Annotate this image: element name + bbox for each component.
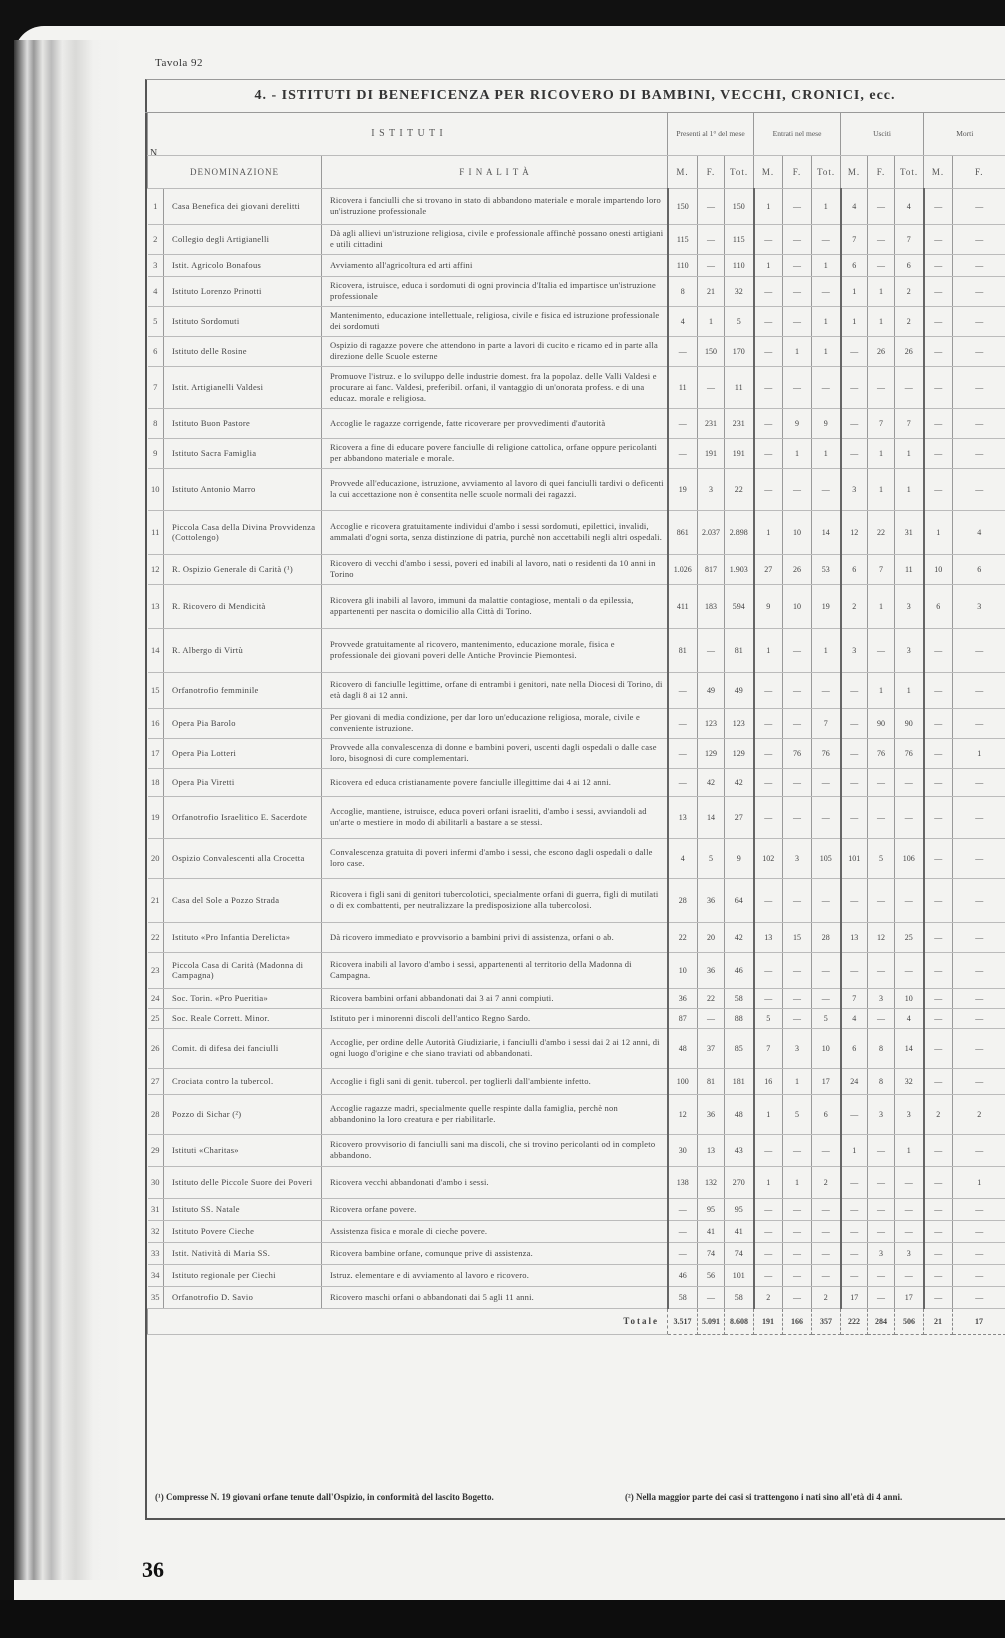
- count-cell: —: [698, 224, 725, 254]
- count-cell: —: [924, 1264, 953, 1286]
- count-cell: 1: [868, 672, 895, 708]
- institute-name: Orfanotrofio D. Savio: [164, 1286, 322, 1308]
- institute-name: Istituti «Charitas»: [164, 1134, 322, 1166]
- count-cell: 1: [841, 1134, 868, 1166]
- count-cell: —: [953, 1028, 1005, 1068]
- count-cell: 1.903: [725, 554, 754, 584]
- count-cell: 36: [698, 1094, 725, 1134]
- institute-name: Opera Pia Barolo: [164, 708, 322, 738]
- count-cell: 26: [868, 336, 895, 366]
- count-cell: 5: [754, 1008, 783, 1028]
- count-cell: —: [924, 672, 953, 708]
- institute-purpose: Provvede gratuitamente al ricovero, mant…: [322, 628, 668, 672]
- institute-name: Soc. Reale Corrett. Minor.: [164, 1008, 322, 1028]
- count-cell: —: [841, 738, 868, 768]
- table-row: 22Istituto «Pro Infantia Derelicta»Dà ri…: [148, 922, 1005, 952]
- count-cell: 48: [668, 1028, 698, 1068]
- count-cell: —: [812, 1242, 841, 1264]
- count-cell: 43: [725, 1134, 754, 1166]
- count-cell: 21: [698, 276, 725, 306]
- count-cell: 150: [668, 188, 698, 224]
- count-cell: —: [868, 796, 895, 838]
- institute-name: Istituto regionale per Ciechi: [164, 1264, 322, 1286]
- count-cell: 32: [895, 1068, 924, 1094]
- count-cell: 2.898: [725, 510, 754, 554]
- institute-purpose: Ricovera bambini orfani abbandonati dai …: [322, 988, 668, 1008]
- institute-purpose: Provvede all'educazione, istruzione, avv…: [322, 468, 668, 510]
- count-cell: 4: [953, 510, 1005, 554]
- count-cell: —: [953, 1264, 1005, 1286]
- count-cell: —: [895, 878, 924, 922]
- count-cell: —: [668, 768, 698, 796]
- count-cell: —: [924, 276, 953, 306]
- count-cell: —: [754, 878, 783, 922]
- table-row: 25Soc. Reale Corrett. Minor.Istituto per…: [148, 1008, 1005, 1028]
- count-cell: —: [953, 708, 1005, 738]
- count-cell: —: [895, 768, 924, 796]
- count-cell: 36: [668, 988, 698, 1008]
- count-cell: —: [953, 1134, 1005, 1166]
- count-cell: —: [841, 1220, 868, 1242]
- count-cell: 2: [895, 276, 924, 306]
- count-cell: 19: [812, 584, 841, 628]
- count-cell: 411: [668, 584, 698, 628]
- count-cell: —: [698, 628, 725, 672]
- total-value: 21: [924, 1308, 953, 1334]
- institute-purpose: Accoglie e ricovera gratuitamente indivi…: [322, 510, 668, 554]
- count-cell: 123: [725, 708, 754, 738]
- count-cell: 1: [812, 254, 841, 276]
- row-number: 33: [148, 1242, 164, 1264]
- count-cell: —: [868, 224, 895, 254]
- institute-name: Collegio degli Artigianelli: [164, 224, 322, 254]
- count-cell: —: [841, 672, 868, 708]
- table-row: 30Istituto delle Piccole Suore dei Pover…: [148, 1166, 1005, 1198]
- count-cell: 74: [725, 1242, 754, 1264]
- institute-purpose: Accoglie, mantiene, istruisce, educa pov…: [322, 796, 668, 838]
- count-cell: —: [783, 306, 812, 336]
- count-cell: —: [812, 952, 841, 988]
- institute-purpose: Ricovero maschi orfani o abbandonati dai…: [322, 1286, 668, 1308]
- institutes-table: I S T I T U T I Presenti al 1° del mese …: [147, 113, 1005, 1335]
- count-cell: 1: [841, 276, 868, 306]
- count-cell: —: [783, 1008, 812, 1028]
- count-cell: 22: [868, 510, 895, 554]
- institute-purpose: Ricovera a fine di educare povere fanciu…: [322, 438, 668, 468]
- institute-purpose: Ricovera, istruisce, educa i sordomuti d…: [322, 276, 668, 306]
- count-cell: —: [924, 988, 953, 1008]
- header-sub: Tot.: [812, 155, 841, 188]
- count-cell: 88: [725, 1008, 754, 1028]
- count-cell: —: [953, 276, 1005, 306]
- table-row: 13R. Ricovero di MendicitàRicovera gli i…: [148, 584, 1005, 628]
- count-cell: —: [895, 952, 924, 988]
- count-cell: 27: [725, 796, 754, 838]
- count-cell: —: [783, 1220, 812, 1242]
- count-cell: 1: [812, 628, 841, 672]
- count-cell: —: [868, 1286, 895, 1308]
- table-row: 2Collegio degli ArtigianelliDà agli alli…: [148, 224, 1005, 254]
- count-cell: —: [953, 1220, 1005, 1242]
- header-sub: Tot.: [895, 155, 924, 188]
- count-cell: 1: [841, 306, 868, 336]
- count-cell: 81: [698, 1068, 725, 1094]
- count-cell: 8: [868, 1028, 895, 1068]
- count-cell: —: [841, 336, 868, 366]
- row-number: 10: [148, 468, 164, 510]
- count-cell: 110: [725, 254, 754, 276]
- count-cell: 46: [668, 1264, 698, 1286]
- count-cell: 191: [725, 438, 754, 468]
- count-cell: 3: [698, 468, 725, 510]
- count-cell: 76: [812, 738, 841, 768]
- count-cell: 4: [841, 188, 868, 224]
- institute-name: Crociata contro la tubercol.: [164, 1068, 322, 1094]
- count-cell: —: [953, 254, 1005, 276]
- count-cell: 9: [725, 838, 754, 878]
- count-cell: 3: [783, 838, 812, 878]
- table-row: 35Orfanotrofio D. SavioRicovero maschi o…: [148, 1286, 1005, 1308]
- institute-name: Orfanotrofio femminile: [164, 672, 322, 708]
- header-sub: M.: [924, 155, 953, 188]
- count-cell: —: [868, 188, 895, 224]
- institute-name: Istituto Sacra Famiglia: [164, 438, 322, 468]
- count-cell: —: [754, 1242, 783, 1264]
- count-cell: 1: [754, 1094, 783, 1134]
- count-cell: —: [668, 336, 698, 366]
- row-number: 9: [148, 438, 164, 468]
- count-cell: 2: [924, 1094, 953, 1134]
- count-cell: 1: [895, 1134, 924, 1166]
- institute-name: Istituto «Pro Infantia Derelicta»: [164, 922, 322, 952]
- count-cell: —: [783, 1264, 812, 1286]
- count-cell: 8: [668, 276, 698, 306]
- institute-purpose: Ricovera ed educa cristianamente povere …: [322, 768, 668, 796]
- count-cell: —: [841, 878, 868, 922]
- institute-purpose: Ricovero di fanciulle legittime, orfane …: [322, 672, 668, 708]
- count-cell: 49: [698, 672, 725, 708]
- institute-purpose: Accoglie le ragazze corrigende, fatte ri…: [322, 408, 668, 438]
- count-cell: —: [668, 1220, 698, 1242]
- institute-name: Ospizio Convalescenti alla Crocetta: [164, 838, 322, 878]
- row-number: 8: [148, 408, 164, 438]
- count-cell: —: [698, 188, 725, 224]
- table-row: 18Opera Pia VirettiRicovera ed educa cri…: [148, 768, 1005, 796]
- count-cell: 13: [668, 796, 698, 838]
- institute-purpose: Ricovera i fanciulli che si trovano in s…: [322, 188, 668, 224]
- count-cell: 2: [953, 1094, 1005, 1134]
- count-cell: —: [953, 878, 1005, 922]
- count-cell: —: [841, 1242, 868, 1264]
- table-row: 29Istituti «Charitas»Ricovero provvisori…: [148, 1134, 1005, 1166]
- count-cell: 105: [812, 838, 841, 878]
- count-cell: 81: [725, 628, 754, 672]
- count-cell: 1: [754, 1166, 783, 1198]
- count-cell: 11: [668, 366, 698, 408]
- count-cell: 14: [895, 1028, 924, 1068]
- count-cell: —: [754, 468, 783, 510]
- count-cell: 64: [725, 878, 754, 922]
- count-cell: —: [841, 438, 868, 468]
- table-row: 24Soc. Torin. «Pro Pueritia»Ricovera bam…: [148, 988, 1005, 1008]
- institute-purpose: Istituto per i minorenni discoli dell'an…: [322, 1008, 668, 1028]
- count-cell: —: [812, 672, 841, 708]
- count-cell: —: [783, 708, 812, 738]
- count-cell: 6: [953, 554, 1005, 584]
- count-cell: —: [953, 768, 1005, 796]
- count-cell: —: [841, 952, 868, 988]
- count-cell: 150: [725, 188, 754, 224]
- institute-purpose: Ricovera bambine orfane, comunque prive …: [322, 1242, 668, 1264]
- count-cell: 4: [895, 188, 924, 224]
- count-cell: —: [668, 672, 698, 708]
- count-cell: —: [953, 1068, 1005, 1094]
- count-cell: —: [783, 628, 812, 672]
- count-cell: —: [924, 952, 953, 988]
- row-number: 14: [148, 628, 164, 672]
- count-cell: 861: [668, 510, 698, 554]
- count-cell: —: [868, 1134, 895, 1166]
- count-cell: 13: [698, 1134, 725, 1166]
- count-cell: —: [783, 224, 812, 254]
- count-cell: —: [812, 1220, 841, 1242]
- count-cell: —: [783, 768, 812, 796]
- count-cell: 37: [698, 1028, 725, 1068]
- count-cell: 16: [754, 1068, 783, 1094]
- institute-purpose: Accoglie, per ordine delle Autorità Giud…: [322, 1028, 668, 1068]
- count-cell: 76: [895, 738, 924, 768]
- row-number: 7: [148, 366, 164, 408]
- count-cell: 150: [698, 336, 725, 366]
- count-cell: 7: [868, 408, 895, 438]
- header-denominazione: DENOMINAZIONE: [148, 155, 322, 188]
- count-cell: 1: [953, 738, 1005, 768]
- count-cell: —: [754, 366, 783, 408]
- count-cell: 6: [841, 1028, 868, 1068]
- count-cell: —: [841, 1094, 868, 1134]
- table-row: 10Istituto Antonio MarroProvvede all'edu…: [148, 468, 1005, 510]
- header-entrati: Entrati nel mese: [754, 113, 841, 155]
- count-cell: 4: [668, 838, 698, 878]
- header-sub: Tot.: [725, 155, 754, 188]
- count-cell: 76: [783, 738, 812, 768]
- institute-name: Casa Benefica dei giovani derelitti: [164, 188, 322, 224]
- footnotes: (¹) Compresse N. 19 giovani orfane tenut…: [155, 1492, 1005, 1502]
- count-cell: 56: [698, 1264, 725, 1286]
- count-cell: 6: [841, 254, 868, 276]
- row-number: 2: [148, 224, 164, 254]
- count-cell: —: [924, 1242, 953, 1264]
- count-cell: —: [783, 1134, 812, 1166]
- count-cell: 1: [812, 188, 841, 224]
- header-usciti: Usciti: [841, 113, 924, 155]
- count-cell: —: [953, 988, 1005, 1008]
- count-cell: 22: [698, 988, 725, 1008]
- tavola-label: Tavola 92: [155, 57, 203, 69]
- table-row: 11Piccola Casa della Divina Provvidenza …: [148, 510, 1005, 554]
- count-cell: 24: [841, 1068, 868, 1094]
- count-cell: —: [953, 1198, 1005, 1220]
- count-cell: —: [754, 796, 783, 838]
- total-value: 506: [895, 1308, 924, 1334]
- table-row: 27Crociata contro la tubercol.Accoglie i…: [148, 1068, 1005, 1094]
- count-cell: 1: [895, 468, 924, 510]
- count-cell: 41: [698, 1220, 725, 1242]
- table-row: 14R. Albergo di VirtùProvvede gratuitame…: [148, 628, 1005, 672]
- count-cell: —: [668, 738, 698, 768]
- count-cell: 14: [812, 510, 841, 554]
- count-cell: —: [783, 672, 812, 708]
- row-number: 1: [148, 188, 164, 224]
- header-sub: F.: [698, 155, 725, 188]
- table-row: 7Istit. Artigianelli ValdesiPromuove l'i…: [148, 366, 1005, 408]
- count-cell: 594: [725, 584, 754, 628]
- count-cell: 10: [924, 554, 953, 584]
- count-cell: 17: [841, 1286, 868, 1308]
- institute-name: Opera Pia Viretti: [164, 768, 322, 796]
- institute-purpose: Convalescenza gratuita di poveri infermi…: [322, 838, 668, 878]
- count-cell: —: [668, 438, 698, 468]
- table-row: 32Istituto Povere CiecheAssistenza fisic…: [148, 1220, 1005, 1242]
- header-sub: M.: [668, 155, 698, 188]
- count-cell: —: [924, 438, 953, 468]
- count-cell: —: [698, 1286, 725, 1308]
- count-cell: 1: [868, 276, 895, 306]
- count-cell: 4: [841, 1008, 868, 1028]
- institute-purpose: Promuove l'istruz. e lo sviluppo delle i…: [322, 366, 668, 408]
- count-cell: —: [868, 1166, 895, 1198]
- table-row: 1Casa Benefica dei giovani derelittiRico…: [148, 188, 1005, 224]
- count-cell: —: [783, 254, 812, 276]
- count-cell: 28: [668, 878, 698, 922]
- count-cell: —: [953, 1242, 1005, 1264]
- count-cell: —: [924, 768, 953, 796]
- count-cell: —: [924, 738, 953, 768]
- count-cell: —: [895, 796, 924, 838]
- count-cell: 1: [895, 438, 924, 468]
- count-cell: —: [868, 1220, 895, 1242]
- institute-name: Istituto Antonio Marro: [164, 468, 322, 510]
- row-number: 29: [148, 1134, 164, 1166]
- count-cell: 1: [754, 510, 783, 554]
- count-cell: 1: [754, 628, 783, 672]
- count-cell: —: [841, 1166, 868, 1198]
- count-cell: 87: [668, 1008, 698, 1028]
- count-cell: —: [754, 672, 783, 708]
- count-cell: 2.037: [698, 510, 725, 554]
- count-cell: 1: [783, 438, 812, 468]
- count-cell: 22: [725, 468, 754, 510]
- count-cell: —: [754, 1220, 783, 1242]
- count-cell: 1: [783, 1166, 812, 1198]
- count-cell: —: [668, 1198, 698, 1220]
- count-cell: —: [698, 1008, 725, 1028]
- count-cell: —: [812, 1264, 841, 1286]
- count-cell: 90: [895, 708, 924, 738]
- count-cell: 58: [668, 1286, 698, 1308]
- total-value: 8.608: [725, 1308, 754, 1334]
- total-value: 191: [754, 1308, 783, 1334]
- count-cell: —: [924, 1134, 953, 1166]
- count-cell: 11: [895, 554, 924, 584]
- total-value: 357: [812, 1308, 841, 1334]
- count-cell: 42: [725, 922, 754, 952]
- count-cell: —: [953, 468, 1005, 510]
- count-cell: —: [868, 628, 895, 672]
- institute-name: Casa del Sole a Pozzo Strada: [164, 878, 322, 922]
- count-cell: 26: [783, 554, 812, 584]
- header-sub: M.: [754, 155, 783, 188]
- count-cell: —: [783, 1242, 812, 1264]
- count-cell: 115: [668, 224, 698, 254]
- table-row: 23Piccola Casa di Carità (Madonna di Cam…: [148, 952, 1005, 988]
- institute-purpose: Ricovero di vecchi d'ambo i sessi, pover…: [322, 554, 668, 584]
- count-cell: —: [812, 276, 841, 306]
- count-cell: 11: [725, 366, 754, 408]
- count-cell: —: [783, 796, 812, 838]
- count-cell: —: [924, 254, 953, 276]
- row-number: 20: [148, 838, 164, 878]
- institute-name: Istituto delle Rosine: [164, 336, 322, 366]
- count-cell: 49: [725, 672, 754, 708]
- count-cell: —: [754, 1134, 783, 1166]
- header-sub: F.: [953, 155, 1005, 188]
- row-number: 19: [148, 796, 164, 838]
- count-cell: 25: [895, 922, 924, 952]
- table-row: 26Comit. di difesa dei fanciulliAccoglie…: [148, 1028, 1005, 1068]
- count-cell: 19: [668, 468, 698, 510]
- table-row: 8Istituto Buon PastoreAccoglie le ragazz…: [148, 408, 1005, 438]
- count-cell: —: [868, 254, 895, 276]
- count-cell: 74: [698, 1242, 725, 1264]
- count-cell: 17: [812, 1068, 841, 1094]
- institute-name: Istituto Sordomuti: [164, 306, 322, 336]
- institute-purpose: Ricovera i figli sani di genitori tuberc…: [322, 878, 668, 922]
- institute-name: Istit. Natività di Maria SS.: [164, 1242, 322, 1264]
- count-cell: 7: [754, 1028, 783, 1068]
- count-cell: 48: [725, 1094, 754, 1134]
- institute-name: Opera Pia Lotteri: [164, 738, 322, 768]
- count-cell: 132: [698, 1166, 725, 1198]
- row-number: 23: [148, 952, 164, 988]
- row-number: 35: [148, 1286, 164, 1308]
- table-row: 15Orfanotrofio femminileRicovero di fanc…: [148, 672, 1005, 708]
- count-cell: —: [783, 188, 812, 224]
- row-number: 34: [148, 1264, 164, 1286]
- table-row: 34Istituto regionale per CiechiIstruz. e…: [148, 1264, 1005, 1286]
- count-cell: —: [924, 408, 953, 438]
- count-cell: —: [868, 952, 895, 988]
- count-cell: 10: [895, 988, 924, 1008]
- count-cell: —: [754, 306, 783, 336]
- count-cell: —: [698, 254, 725, 276]
- total-value: 5.091: [698, 1308, 725, 1334]
- institute-purpose: Accoglie i figli sani di genit. tubercol…: [322, 1068, 668, 1094]
- count-cell: —: [924, 188, 953, 224]
- count-cell: —: [953, 438, 1005, 468]
- institute-name: Istituto delle Piccole Suore dei Poveri: [164, 1166, 322, 1198]
- count-cell: 81: [668, 628, 698, 672]
- institute-name: Pozzo di Sichar (²): [164, 1094, 322, 1134]
- table-row: 28Pozzo di Sichar (²)Accoglie ragazze ma…: [148, 1094, 1005, 1134]
- institute-name: R. Ospizio Generale di Carità (¹): [164, 554, 322, 584]
- institute-purpose: Ospizio di ragazze povere che attendono …: [322, 336, 668, 366]
- count-cell: 183: [698, 584, 725, 628]
- count-cell: —: [895, 1264, 924, 1286]
- count-cell: 1: [868, 584, 895, 628]
- count-cell: —: [924, 838, 953, 878]
- count-cell: —: [841, 408, 868, 438]
